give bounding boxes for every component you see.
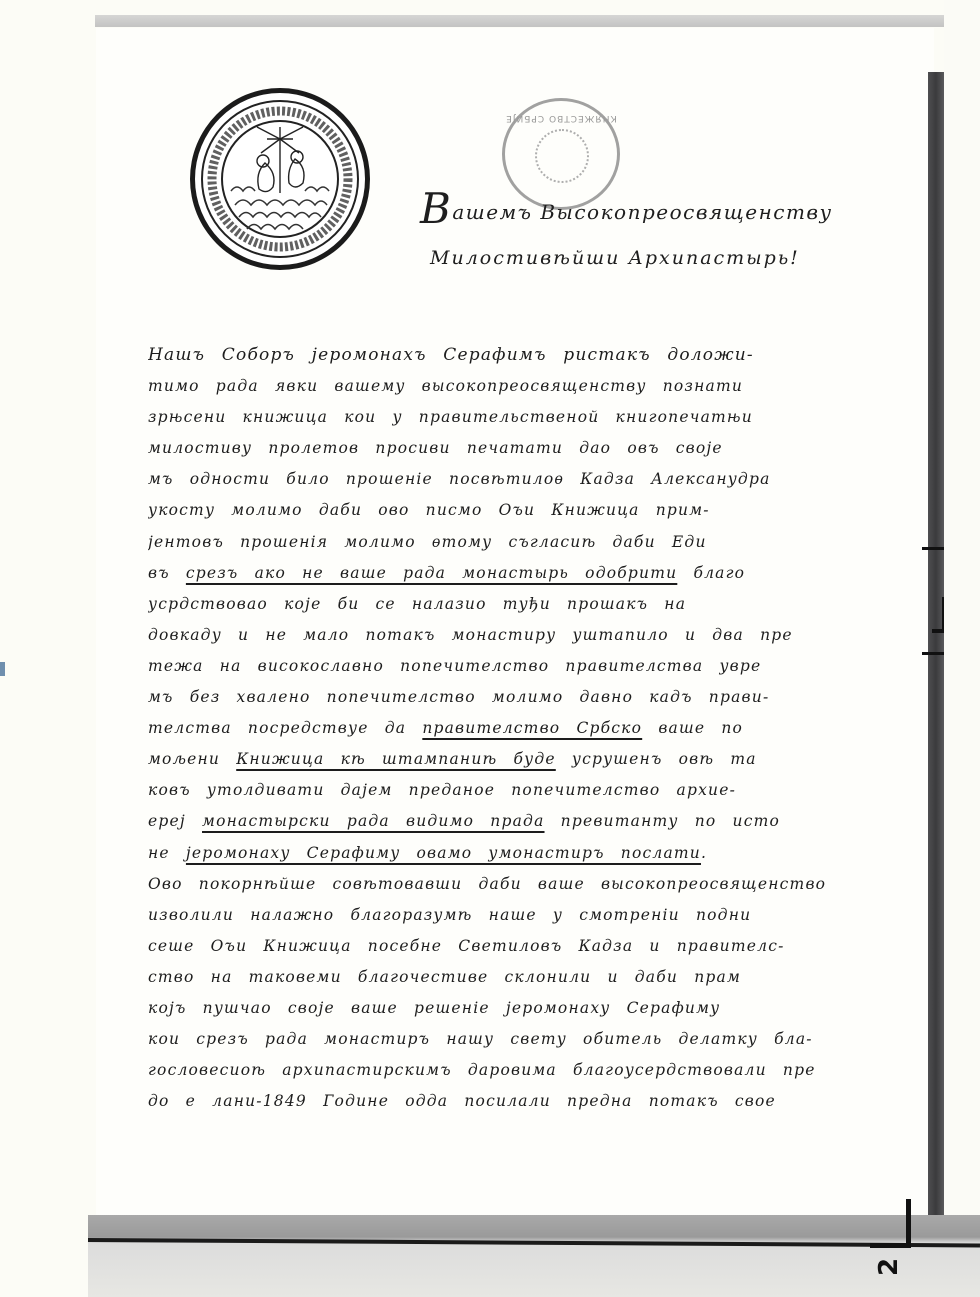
manuscript-line: не јеромонаху Серафиму овамо умонастиръ … [148,838,918,869]
manuscript-line: довкаду и не мало потакъ монастиру уштап… [148,620,918,651]
line-text: ереј [148,812,202,830]
salutation-line-1-text: ашемъ Высокопреосвященству [452,200,832,224]
salutation-initial: В [420,184,452,233]
bottom-rule-line [88,1238,980,1247]
manuscript-line: въ срезъ ако не ваше рада монастырь одоб… [148,558,918,589]
line-text: благо [677,564,745,582]
letter-salutation: Вашемъ Высокопреосвященству Милостивѣйши… [420,180,900,278]
scan-top-shadow [95,15,980,27]
manuscript-line: кои срезъ рада монастиръ нашу свету обит… [148,1024,918,1055]
line-text: превитанту по исто [545,812,781,830]
manuscript-line: гословесиоѣ архипастирскимъ даровима бла… [148,1055,918,1086]
manuscript-line: ереј монастырски рада видимо прада преви… [148,806,918,837]
manuscript-line: ковъ утолдивати дајем преданое попечител… [148,775,918,806]
letter-body: Нашъ Соборъ јеромонахъ Серафимъ ристакъ … [148,340,918,1117]
manuscript-line: изволили налажно благоразумѣ наше у смот… [148,900,918,931]
line-text: мољени [148,750,236,768]
line-text: телства посредствуе да [148,719,422,737]
manuscript-line: сеше Оъи Книжица посебне Светиловъ Кадза… [148,931,918,962]
manuscript-line: Нашъ Соборъ јеромонахъ Серафимъ ристакъ … [148,340,918,371]
underlined-text: монастырски рада видимо прада [202,812,545,830]
manuscript-line: милостиву пролетов просиви печатати дао … [148,433,918,464]
manuscript-line: телства посредствуе да правителство Србс… [148,713,918,744]
scan-bottom-edge [88,1215,980,1297]
monastery-seal [190,88,370,270]
binding-edge [928,72,944,1242]
salutation-line-2: Милостивѣйши Архипастырь! [420,238,900,278]
manuscript-line: мъ без хвалено попечителство молимо давн… [148,682,918,713]
manuscript-line: укосту молимо даби ово писмо Оъи Книжица… [148,495,918,526]
line-text: не [148,844,186,862]
manuscript-line: ство на таковеми благочестиве склонили и… [148,962,918,993]
scan-artifact-mark [0,662,5,676]
seal-emblem-icon [195,93,365,265]
underlined-text: правителство Србско [422,719,642,737]
manuscript-line: мъ одности било прошеніе посвѣтилоѳ Кадз… [148,464,918,495]
manuscript-line: јентовъ прошенія молимо ѳтому съгласиѣ д… [148,527,918,558]
underlined-text: Книжица кѣ штампаниѣ буде [236,750,556,768]
line-text: въ [148,564,186,582]
line-text: . [701,844,707,862]
manuscript-line: мољени Книжица кѣ штампаниѣ буде усрушен… [148,744,918,775]
line-text: ваше по [642,719,743,737]
manuscript-line: до е лани-1849 Године одда посилали пред… [148,1086,918,1117]
manuscript-line: Ово покорнѣйше совѣтовавши даби ваше выс… [148,869,918,900]
manuscript-line: зрњсени книжица кои у правительственой к… [148,402,918,433]
scan-right-margin [944,0,980,1297]
manuscript-line: којъ пушчао своје ваше решеніе јеромонах… [148,993,918,1024]
page-number: 2 [874,1258,904,1276]
line-text: усрушенъ овѣ та [556,750,757,768]
manuscript-line: тежа на високославно попечителство прави… [148,651,918,682]
manuscript-line: усрдствовао које би се налазио туђи прош… [148,589,918,620]
underlined-text: срезъ ако не ваше рада монастырь одобрит… [186,564,677,582]
salutation-line-1: Вашемъ Высокопреосвященству [420,180,900,238]
corner-bracket-mark [870,1199,911,1248]
underlined-text: јеромонаху Серафиму овамо умонастиръ пос… [186,844,701,862]
stamp-legend: КНЯЖЕСТВО СРБИЈЕ [505,113,617,123]
manuscript-line: тимо рада явки вашему высокопреосвященст… [148,371,918,402]
